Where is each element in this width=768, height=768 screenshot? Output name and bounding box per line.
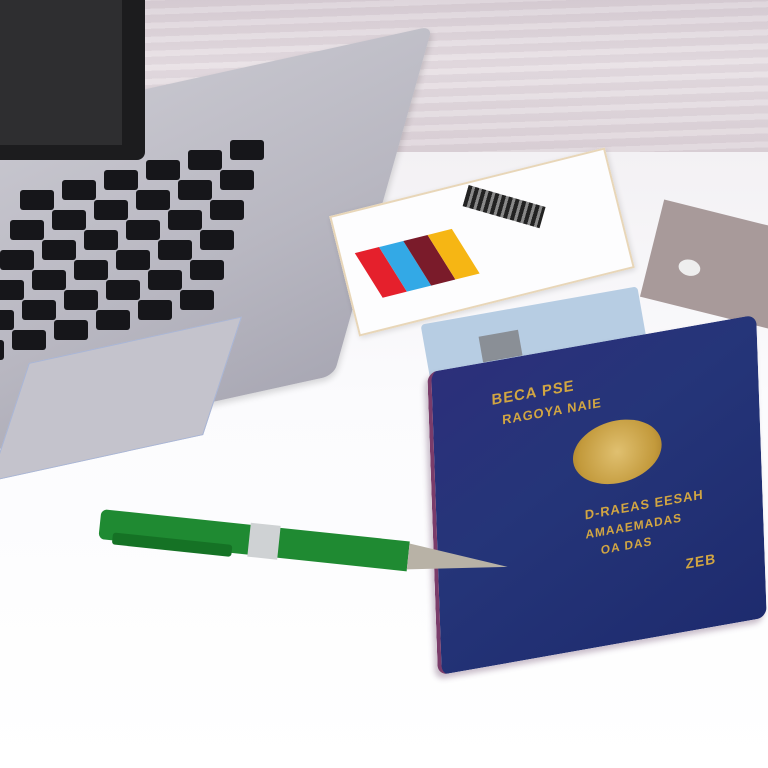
- key: [0, 340, 4, 360]
- key: [96, 310, 130, 330]
- key: [42, 240, 76, 260]
- key: [146, 160, 180, 180]
- key: [158, 240, 192, 260]
- key: [106, 280, 140, 300]
- key: [178, 180, 212, 200]
- key: [12, 330, 46, 350]
- key: [220, 170, 254, 190]
- key: [64, 290, 98, 310]
- key: [200, 230, 234, 250]
- key: [74, 260, 108, 280]
- key: [22, 300, 56, 320]
- laptop-display: [0, 0, 122, 145]
- key: [84, 230, 118, 250]
- key: [20, 190, 54, 210]
- pen-band: [247, 523, 280, 560]
- key: [62, 180, 96, 200]
- key: [0, 310, 14, 330]
- key: [168, 210, 202, 230]
- key: [52, 210, 86, 230]
- key: [230, 140, 264, 160]
- color-stripes: [355, 229, 480, 298]
- key: [116, 250, 150, 270]
- key: [126, 220, 160, 240]
- key: [148, 270, 182, 290]
- key: [188, 150, 222, 170]
- key: [32, 270, 66, 290]
- key: [94, 200, 128, 220]
- key: [210, 200, 244, 220]
- key: [0, 280, 24, 300]
- passport-bottom-mark: ZEB: [685, 550, 716, 572]
- key: [190, 260, 224, 280]
- barcode: [463, 185, 546, 228]
- key: [10, 220, 44, 240]
- key: [180, 290, 214, 310]
- key: [136, 190, 170, 210]
- key: [0, 250, 34, 270]
- key: [104, 170, 138, 190]
- passport: BECA PSE RAGOYA NAIE D-RAEAS EESAH AMAAE…: [427, 315, 766, 676]
- passport-emblem-icon: [572, 413, 663, 491]
- card-logo-icon: [677, 257, 702, 278]
- laptop-screen: [0, 0, 145, 160]
- key: [54, 320, 88, 340]
- key: [138, 300, 172, 320]
